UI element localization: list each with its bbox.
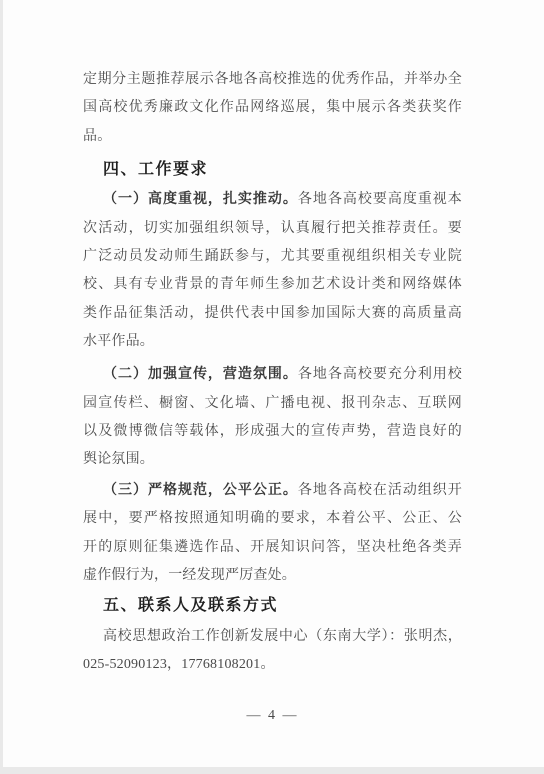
paragraph-lead: （二）加强宣传，营造氛围。 (103, 367, 298, 382)
text-line: 校、具有专业背景的青年师生参加艺术设计类和网络媒体 (83, 271, 462, 299)
line-text: 品。 (83, 129, 111, 144)
paragraph-lead: （一）高度重视，扎实推动。 (103, 192, 298, 207)
scan-edge-left (0, 0, 3, 774)
text-line: （一）高度重视，扎实推动。各地各高校要高度重视本 (83, 186, 462, 214)
text-line: 园宣传栏、橱窗、文化墙、广播电视、报刊杂志、互联网 (83, 390, 462, 418)
line-text: 各地各高校要高度重视本 (298, 192, 462, 207)
section-heading: 五、联系人及联系方式 (83, 592, 462, 620)
text-line: 虚作假行为，一经发现严厉查处。 (83, 562, 462, 590)
line-text: 虚作假行为，一经发现严厉查处。 (83, 568, 296, 583)
text-line: 国高校优秀廉政文化作品网络巡展，集中展示各类获奖作 (83, 94, 462, 122)
text-line: 类作品征集活动，提供代表中国参加国际大赛的高质量高 (83, 300, 462, 328)
scan-edge-bottom (0, 767, 544, 774)
text-line: 品。 (83, 123, 462, 151)
line-text: 水平作品。 (83, 334, 154, 349)
text-line: 展中，要严格按照通知明确的要求，本着公平、公正、公 (83, 505, 462, 533)
text-line: 广泛动员发动师生踊跃参与，尤其要重视组织相关专业院 (83, 243, 462, 271)
text-line: 高校思想政治工作创新发展中心（东南大学）：张明杰， (83, 623, 462, 651)
line-text: 展中，要严格按照通知明确的要求，本着公平、公正、公 (83, 511, 462, 526)
text-line: 舆论氛围。 (83, 446, 462, 474)
page-number-text: — 4 — (247, 708, 299, 723)
document-text: 定期分主题推荐展示各地各高校推选的优秀作品，并举办全 国高校优秀廉政文化作品网络… (83, 66, 462, 731)
heading-text: 四、工作要求 (103, 161, 208, 178)
line-text: 各地各高校要充分利用校 (298, 367, 462, 382)
text-line: 025-52090123，17768108201。 (83, 651, 462, 679)
paragraph-lead: （三）严格规范，公平公正。 (103, 483, 298, 498)
section-heading: 四、工作要求 (83, 156, 462, 184)
text-line: 次活动，切实加强组织领导，认真履行把关推荐责任。要 (83, 215, 462, 243)
text-line: 水平作品。 (83, 328, 462, 356)
line-text: 开的原则征集遴选作品、开展知识问答，坚决杜绝各类弄 (83, 540, 462, 555)
line-text: 各地各高校在活动组织开 (298, 483, 462, 498)
line-text: 舆论氛围。 (83, 452, 154, 467)
line-text: 国高校优秀廉政文化作品网络巡展，集中展示各类获奖作 (83, 100, 462, 115)
page-number: — 4 — (83, 702, 462, 730)
heading-text: 五、联系人及联系方式 (103, 597, 278, 614)
line-text: 园宣传栏、橱窗、文化墙、广播电视、报刊杂志、互联网 (83, 396, 462, 411)
line-text: 次活动，切实加强组织领导，认真履行把关推荐责任。要 (83, 221, 462, 236)
text-line: 定期分主题推荐展示各地各高校推选的优秀作品，并举办全 (83, 66, 462, 94)
line-text: 高校思想政治工作创新发展中心（东南大学）：张明杰， (103, 629, 462, 644)
page: { "colors": { "paper": "#fdfdfd", "body_… (0, 0, 544, 774)
line-text: 以及微博微信等载体，形成强大的宣传声势，营造良好的 (83, 424, 462, 439)
text-line: 开的原则征集遴选作品、开展知识问答，坚决杜绝各类弄 (83, 534, 462, 562)
line-text: 025-52090123，17768108201。 (83, 657, 275, 672)
text-line: 以及微博微信等载体，形成强大的宣传声势，营造良好的 (83, 418, 462, 446)
line-text: 校、具有专业背景的青年师生参加艺术设计类和网络媒体 (83, 277, 462, 292)
line-text: 类作品征集活动，提供代表中国参加国际大赛的高质量高 (83, 306, 462, 321)
line-text: 广泛动员发动师生踊跃参与，尤其要重视组织相关专业院 (83, 249, 462, 264)
text-line: （三）严格规范，公平公正。各地各高校在活动组织开 (83, 477, 462, 505)
text-line: （二）加强宣传，营造氛围。各地各高校要充分利用校 (83, 361, 462, 389)
line-text: 定期分主题推荐展示各地各高校推选的优秀作品，并举办全 (83, 72, 462, 87)
